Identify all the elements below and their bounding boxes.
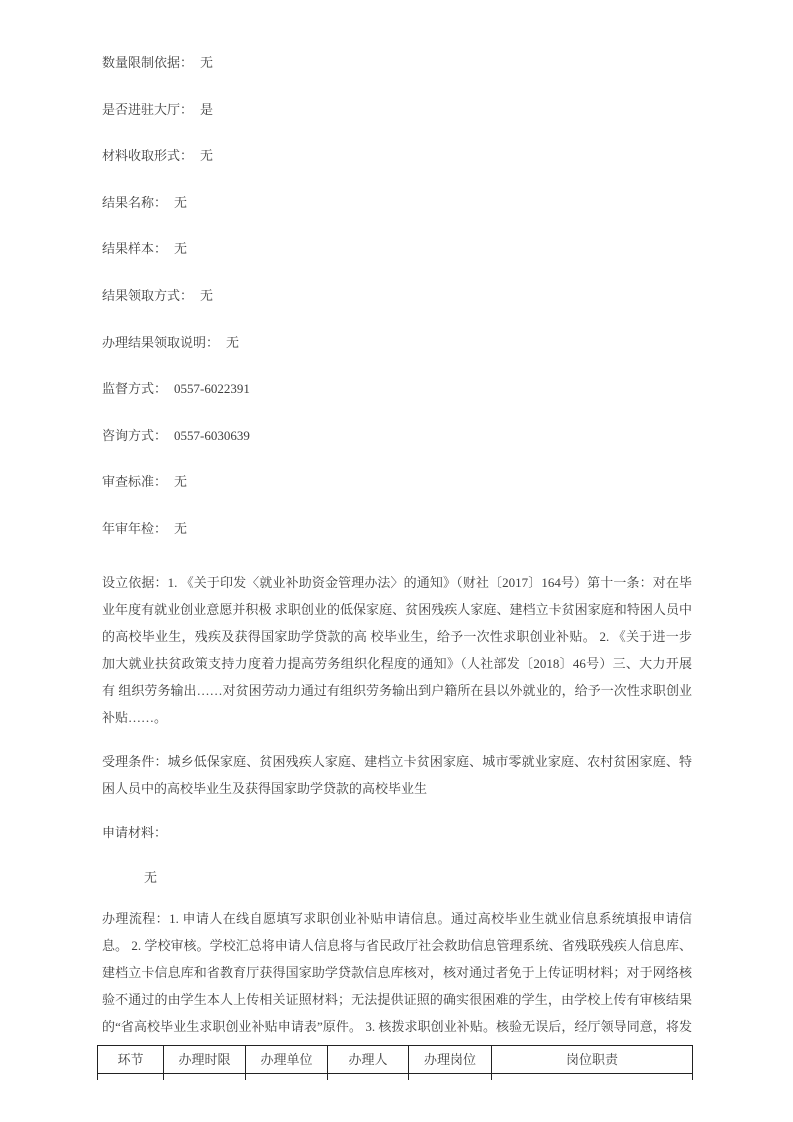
field-label: 数量限制依据：: [102, 55, 193, 70]
field-value: 无: [174, 241, 187, 256]
field-label: 结果领取方式：: [102, 288, 193, 303]
field-row: 办理结果领取说明：无: [102, 336, 692, 350]
table-stub-cell: [164, 1074, 246, 1080]
table-stub-cell: [409, 1074, 492, 1080]
field-label: 办理结果领取说明：: [102, 335, 219, 350]
table-header-time-limit: 办理时限: [164, 1046, 246, 1074]
table-row-stub: [98, 1074, 692, 1080]
table-header-post-duty: 岗位职责: [492, 1046, 692, 1074]
field-row: 年审年检：无: [102, 522, 692, 536]
table-stub-cell: [246, 1074, 328, 1080]
field-value: 无: [200, 55, 213, 70]
field-label: 咨询方式：: [102, 428, 167, 443]
process-table: 环节 办理时限 办理单位 办理人 办理岗位 岗位职责: [97, 1045, 693, 1080]
document-content: 数量限制依据：无 是否进驻大厅：是 材料收取形式：无 结果名称：无 结果样本：无…: [102, 56, 692, 1067]
field-value: 无: [200, 288, 213, 303]
field-row: 监督方式：0557-6022391: [102, 382, 692, 396]
field-value: 无: [174, 474, 187, 489]
table-header-step: 环节: [98, 1046, 164, 1074]
field-row: 结果名称：无: [102, 196, 692, 210]
table-header-handling-unit: 办理单位: [246, 1046, 328, 1074]
field-row: 审查标准：无: [102, 475, 692, 489]
field-value: 无: [226, 335, 239, 350]
document-page: 数量限制依据：无 是否进驻大厅：是 材料收取形式：无 结果名称：无 结果样本：无…: [0, 0, 793, 1122]
field-label: 材料收取形式：: [102, 148, 193, 163]
table-stub-cell: [98, 1074, 164, 1080]
field-label: 年审年检：: [102, 521, 167, 536]
field-value: 0557-6030639: [174, 428, 250, 443]
field-label: 审查标准：: [102, 474, 167, 489]
field-label: 是否进驻大厅：: [102, 102, 193, 117]
application-materials-value: 无: [102, 864, 692, 891]
table-stub-cell: [492, 1074, 692, 1080]
table-header-handler: 办理人: [328, 1046, 409, 1074]
paragraph-establishment-basis: 设立依据：1. 《关于印发〈就业补助资金管理办法〉的通知》（财社〔2017〕16…: [102, 569, 692, 731]
field-value: 是: [200, 102, 213, 117]
field-label: 结果样本：: [102, 241, 167, 256]
field-value: 无: [174, 521, 187, 536]
paragraph-acceptance-conditions: 受理条件：城乡低保家庭、贫困残疾人家庭、建档立卡贫困家庭、城市零就业家庭、农村贫…: [102, 748, 692, 802]
field-label: 结果名称：: [102, 195, 167, 210]
application-materials-label: 申请材料：: [102, 819, 692, 846]
field-label: 监督方式：: [102, 381, 167, 396]
table-header-row: 环节 办理时限 办理单位 办理人 办理岗位 岗位职责: [98, 1046, 692, 1074]
field-row: 是否进驻大厅：是: [102, 103, 692, 117]
field-row: 结果样本：无: [102, 242, 692, 256]
field-row: 结果领取方式：无: [102, 289, 692, 303]
field-value: 无: [200, 148, 213, 163]
field-value: 0557-6022391: [174, 381, 250, 396]
table-header-post: 办理岗位: [409, 1046, 492, 1074]
field-row: 数量限制依据：无: [102, 56, 692, 70]
field-row: 咨询方式：0557-6030639: [102, 429, 692, 443]
field-row: 材料收取形式：无: [102, 149, 692, 163]
field-value: 无: [174, 195, 187, 210]
table-stub-cell: [328, 1074, 409, 1080]
paragraph-process: 办理流程：1. 申请人在线自愿填写求职创业补贴申请信息。通过高校毕业生就业信息系…: [102, 905, 692, 1067]
